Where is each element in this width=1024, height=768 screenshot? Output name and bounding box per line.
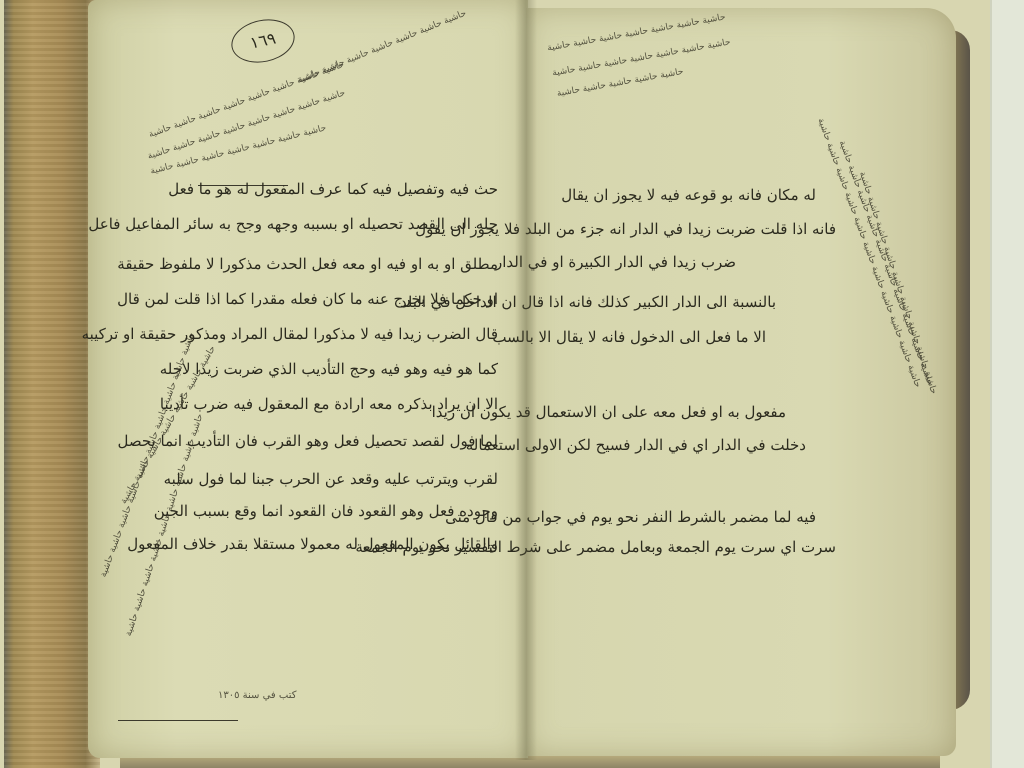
marginal-note: حاشية حاشية حاشية حاشية حاشية حاشية حاشي…	[857, 170, 939, 395]
main-text-line: فيه لما مضمر بالشرط النفر نحو يوم في جوا…	[445, 508, 816, 526]
left-page: ١٦٩ حاشية حاشية حاشية حاشية حاشية حاشية …	[88, 0, 528, 758]
main-text-line: لقرب ويترتب عليه وقعد عن الحرب جبنا لما …	[164, 470, 498, 488]
background-panel	[990, 0, 1024, 768]
main-text-line: بالنسبة الى الدار الكبير كذلك فانه اذا ق…	[400, 293, 776, 311]
right-page: حاشية حاشية حاشية حاشية حاشية حاشية حاشي…	[526, 8, 956, 756]
leather-binding	[4, 0, 100, 768]
main-text-line: حث فيه وتفصيل فيه كما عرف المفعول له هو …	[168, 180, 498, 198]
main-text-line: لما فول لقصد تحصيل فعل وهو القرب فان الت…	[118, 432, 498, 450]
main-text-line: مطلق او به او فيه او معه فعل الحدث مذكور…	[117, 255, 498, 273]
margin-rule	[118, 720, 238, 721]
spine-gutter	[515, 0, 537, 760]
main-text-line: مفعول به او فعل معه على ان الاستعمال قد …	[432, 403, 786, 421]
folio-number: ١٦٩	[227, 14, 298, 68]
main-text-line: قال الضرب زيدا فيه لا مذكورا لمقال المرا…	[82, 325, 498, 343]
marginal-note: حاشية حاشية حاشية حاشية حاشية حاشية حاشي…	[815, 117, 922, 389]
main-text-line: له مكان فانه بو قوعه فيه لا يجوز ان يقال	[561, 186, 816, 204]
main-text-line: كما هو فيه وهو فيه وحج التأديب الذي ضربت…	[160, 360, 498, 378]
main-text-line: سرت اي سرت يوم الجمعة وبعامل مضمر على شر…	[355, 538, 836, 556]
colophon-note: كتب في سنة ١٣٠٥	[218, 690, 297, 701]
main-text-line: فانه اذا قلت ضربت زيدا في الدار انه جزء …	[415, 220, 836, 238]
